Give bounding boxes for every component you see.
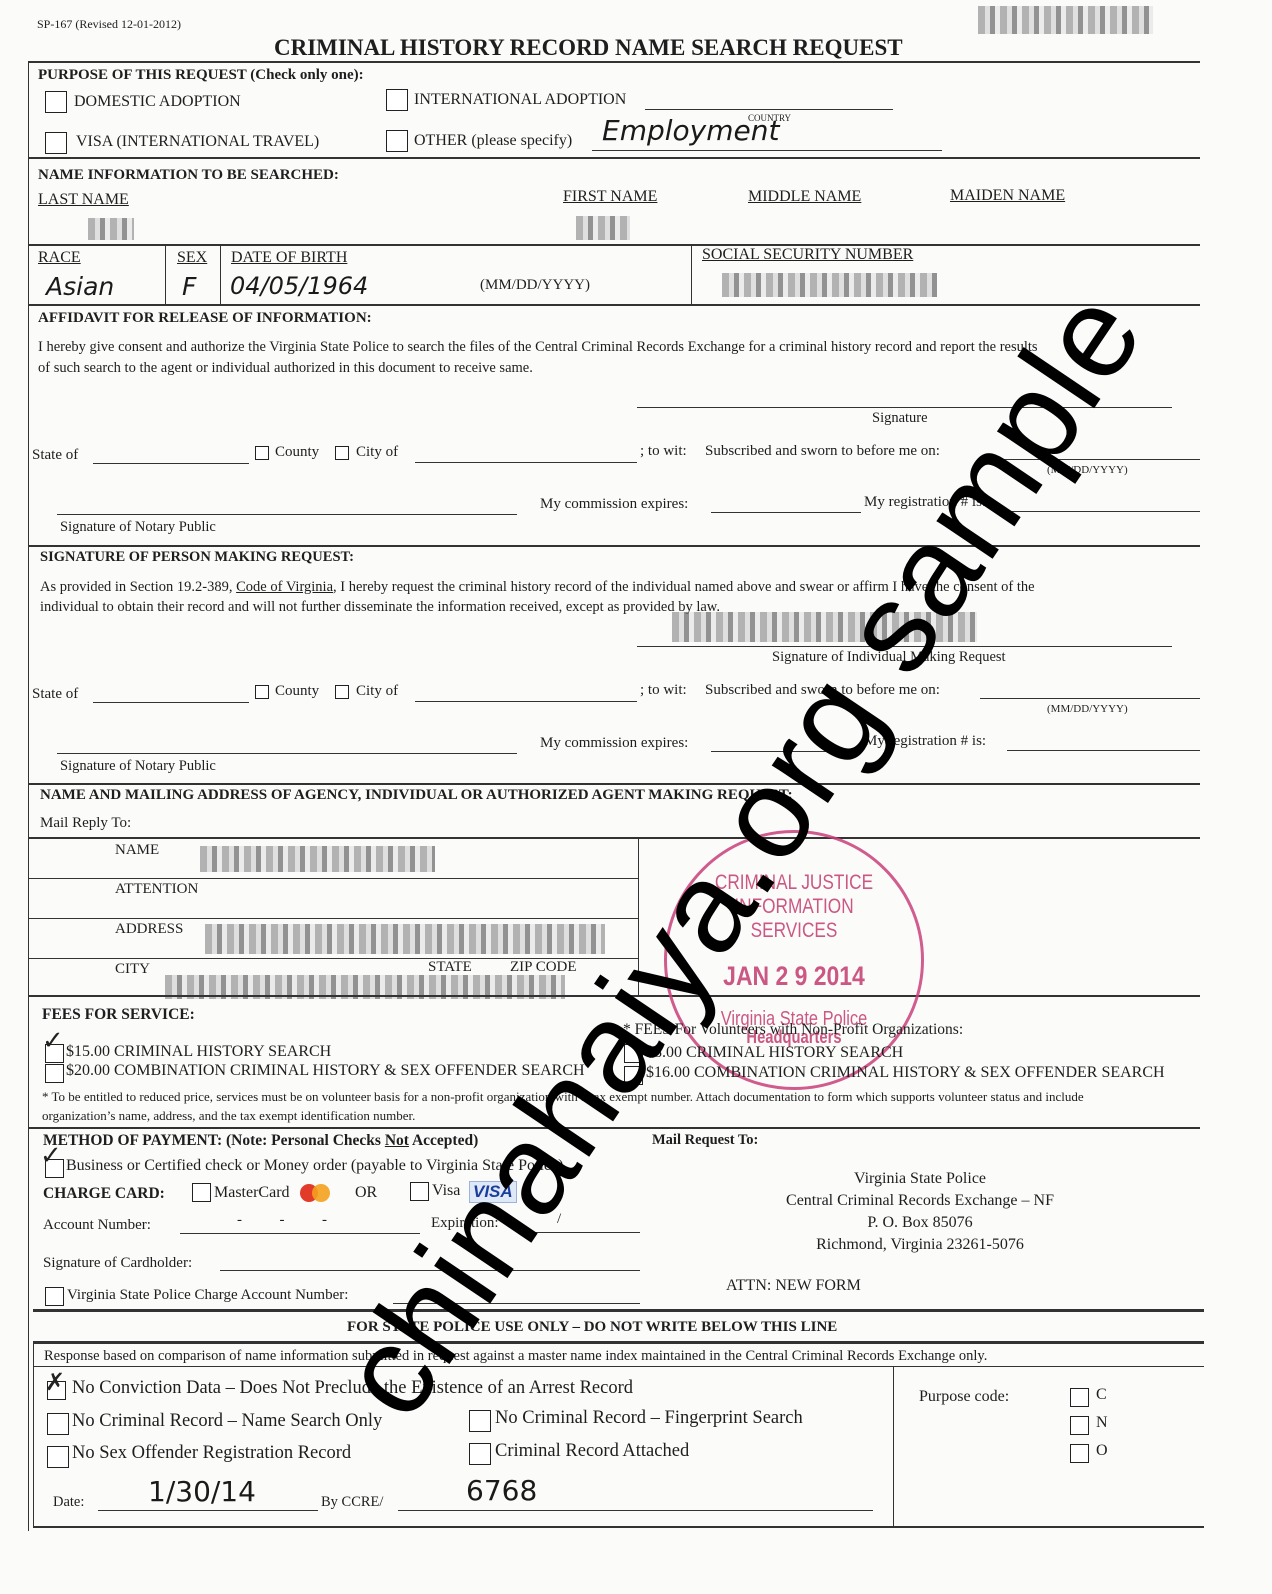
no-sex-offender-label: No Sex Offender Registration Record bbox=[72, 1443, 351, 1464]
divider bbox=[28, 837, 1200, 839]
check-mark-icon: ✓ bbox=[40, 1143, 62, 1169]
subscribed-label-2: Subscribed and sworn to before me on: bbox=[705, 682, 940, 699]
checkbox-fee-8[interactable] bbox=[624, 1044, 643, 1063]
divider bbox=[28, 1127, 1200, 1129]
account-dashes: - - - bbox=[237, 1212, 327, 1229]
other-field-line bbox=[592, 150, 942, 151]
name-info-heading: NAME INFORMATION TO BE SEARCHED: bbox=[38, 167, 339, 184]
checkbox-no-criminal-record-name[interactable] bbox=[47, 1413, 69, 1435]
checkbox-purpose-c[interactable] bbox=[1070, 1388, 1089, 1407]
requester-text-1: As provided in Section 19.2-389, Code of… bbox=[40, 579, 1035, 596]
divider bbox=[28, 918, 638, 919]
date-label: Date: bbox=[53, 1494, 84, 1511]
to-wit-label: ; to wit: bbox=[640, 443, 687, 460]
mail-name-label: NAME bbox=[115, 842, 159, 859]
visa-label: Visa bbox=[432, 1182, 460, 1200]
first-name-redacted bbox=[576, 216, 630, 240]
registration-field[interactable] bbox=[1007, 511, 1200, 512]
date-format: (MM/DD/YYYY) bbox=[1047, 464, 1128, 476]
payment-heading-not: Not bbox=[385, 1132, 409, 1149]
stamp-line-1: CRIMINAL JUSTICE bbox=[690, 871, 898, 895]
affidavit-heading: AFFIDAVIT FOR RELEASE OF INFORMATION: bbox=[38, 310, 372, 327]
state-label: STATE bbox=[428, 959, 472, 976]
state-of-field[interactable] bbox=[93, 463, 249, 464]
signature-label: Signature bbox=[872, 410, 928, 427]
divider bbox=[638, 837, 639, 995]
checkbox-city-of-2[interactable] bbox=[335, 685, 349, 699]
notary-signature-label-2: Signature of Notary Public bbox=[60, 758, 216, 775]
subscribed-date-field[interactable] bbox=[980, 459, 1200, 460]
purpose-code-c: C bbox=[1096, 1386, 1107, 1404]
checkbox-no-sex-offender[interactable] bbox=[47, 1446, 69, 1468]
label-visa: VISA (INTERNATIONAL TRAVEL) bbox=[76, 133, 319, 151]
commission-label: My commission expires: bbox=[540, 496, 688, 513]
country-field[interactable] bbox=[645, 109, 893, 110]
label-international-adoption: INTERNATIONAL ADOPTION bbox=[414, 91, 626, 109]
checkbox-city-of[interactable] bbox=[335, 446, 349, 460]
fee-8-label: $8.00 CRIMINAL HISTORY SEARCH bbox=[646, 1044, 903, 1062]
requester-text-pre: As provided in Section 19.2-389, bbox=[40, 579, 236, 595]
race-value[interactable]: Asian bbox=[46, 272, 114, 301]
city-of-label-2: City of bbox=[356, 683, 398, 700]
city-of-field[interactable] bbox=[415, 462, 637, 463]
payment-heading: METHOD OF PAYMENT: (Note: Personal Check… bbox=[43, 1132, 478, 1150]
ssn-redacted bbox=[722, 273, 937, 297]
requester-signature-label: Signature of Individual Making Request bbox=[772, 649, 1006, 666]
state-of-label-2: State of bbox=[32, 686, 78, 703]
affidavit-text-2: of such search to the agent or individua… bbox=[38, 360, 533, 377]
code-of-virginia-link: Code of Virginia bbox=[236, 579, 333, 595]
requester-signature-field[interactable] bbox=[637, 646, 1172, 647]
checkbox-international-adoption[interactable] bbox=[386, 89, 408, 111]
charge-card-label: CHARGE CARD: bbox=[43, 1185, 165, 1203]
divider bbox=[33, 1309, 1204, 1312]
checkbox-other[interactable] bbox=[386, 130, 408, 152]
registration-label: My registration # is: bbox=[864, 494, 986, 511]
last-name-label: LAST NAME bbox=[38, 191, 129, 209]
checkbox-purpose-n[interactable] bbox=[1070, 1416, 1089, 1435]
mail-request-line-1: Virginia State Police bbox=[735, 1168, 1105, 1190]
state-of-field-2[interactable] bbox=[93, 702, 249, 703]
purpose-code-o: O bbox=[1096, 1442, 1108, 1460]
fee-15-label: $15.00 CRIMINAL HISTORY SEARCH bbox=[66, 1043, 331, 1061]
divider bbox=[28, 157, 1200, 159]
ssn-label: SOCIAL SECURITY NUMBER bbox=[702, 246, 913, 264]
commission-field-2[interactable] bbox=[711, 751, 861, 752]
checkbox-fee-20[interactable] bbox=[45, 1064, 64, 1083]
mastercard-logo-icon bbox=[300, 1184, 330, 1202]
divider bbox=[33, 1341, 1204, 1344]
purpose-code-n: N bbox=[1096, 1414, 1108, 1432]
address-label: ADDRESS bbox=[115, 921, 183, 938]
checkbox-county-2[interactable] bbox=[255, 685, 269, 699]
stamp-line-2: INFORMATION SERVICES bbox=[690, 895, 898, 943]
checkbox-purpose-o[interactable] bbox=[1070, 1444, 1089, 1463]
requester-signature-redacted bbox=[672, 612, 977, 642]
mail-reply-to-label: Mail Reply To: bbox=[40, 815, 131, 832]
check-mark-icon: ✓ bbox=[42, 1028, 64, 1054]
other-value[interactable]: Employment bbox=[602, 114, 779, 147]
checkbox-county[interactable] bbox=[255, 446, 269, 460]
date-format-2: (MM/DD/YYYY) bbox=[1047, 703, 1128, 715]
mail-request-line-4: Richmond, Virginia 23261-5076 bbox=[735, 1234, 1105, 1256]
mail-name-redacted bbox=[200, 846, 435, 872]
volunteer-heading: * FEES For Volunteers with Non-Profit Or… bbox=[623, 1021, 963, 1039]
registration-field-2[interactable] bbox=[1007, 750, 1200, 751]
divider bbox=[33, 1341, 34, 1527]
affidavit-signature-field[interactable] bbox=[637, 407, 1172, 408]
county-label: County bbox=[275, 444, 319, 461]
criminal-record-attached-label: Criminal Record Attached bbox=[495, 1441, 689, 1462]
checkbox-domestic-adoption[interactable] bbox=[45, 91, 67, 113]
notary-signature-field[interactable] bbox=[57, 514, 517, 515]
fee-16-label: $16.00 COMBINATION CRIMINAL HISTORY & SE… bbox=[646, 1064, 1165, 1082]
to-wit-label-2: ; to wit: bbox=[640, 682, 687, 699]
date-value: 1/30/14 bbox=[148, 1475, 256, 1508]
or-label: OR bbox=[355, 1184, 377, 1202]
label-domestic-adoption: DOMESTIC ADOPTION bbox=[74, 93, 241, 111]
dob-value[interactable]: 04/05/1964 bbox=[230, 272, 368, 300]
notary-signature-field-2[interactable] bbox=[57, 753, 517, 754]
by-ccre-label: By CCRE/ bbox=[321, 1494, 383, 1511]
mastercard-label: MasterCard bbox=[214, 1184, 290, 1202]
divider bbox=[28, 783, 1200, 785]
date-field-line bbox=[98, 1510, 318, 1511]
mail-request-line-2: Central Criminal Records Exchange – NF bbox=[735, 1190, 1105, 1212]
expiration-label: Expiration: bbox=[431, 1215, 499, 1232]
no-conviction-data-label: No Conviction Data – Does Not Preclude t… bbox=[72, 1378, 633, 1399]
commission-label-2: My commission expires: bbox=[540, 735, 688, 752]
label-other: OTHER (please specify) bbox=[414, 132, 572, 150]
payment-heading-post: Accepted) bbox=[409, 1132, 478, 1149]
response-note: Response based on comparison of name inf… bbox=[44, 1348, 987, 1365]
divider bbox=[33, 1526, 1204, 1528]
checkbox-visa-card[interactable] bbox=[410, 1182, 429, 1201]
vsp-account-field[interactable] bbox=[393, 1303, 640, 1304]
city-of-label: City of bbox=[356, 444, 398, 461]
divider bbox=[893, 1366, 894, 1526]
checkbox-mastercard[interactable] bbox=[192, 1183, 211, 1202]
police-use-heading: FOR STATE POLICE USE ONLY – DO NOT WRITE… bbox=[347, 1319, 837, 1336]
fee-20-label: $20.00 COMBINATION CRIMINAL HISTORY & SE… bbox=[66, 1062, 585, 1080]
redacted-reference bbox=[978, 6, 1153, 34]
expiration-slash: / bbox=[557, 1211, 561, 1228]
form-border-left bbox=[28, 61, 29, 1531]
divider bbox=[28, 545, 1200, 547]
fees-note-2: organization’s name, address, and the ta… bbox=[42, 1108, 415, 1124]
fees-heading: FEES FOR SERVICE: bbox=[42, 1006, 195, 1024]
purpose-heading: PURPOSE OF THIS REQUEST (Check only one)… bbox=[38, 67, 364, 84]
no-criminal-record-fingerprint-label: No Criminal Record – Fingerprint Search bbox=[495, 1408, 803, 1429]
visa-logo-icon: VISA bbox=[469, 1181, 517, 1203]
mail-request-line-3: P. O. Box 85076 bbox=[735, 1212, 1105, 1234]
registration-label-2: My registration # is: bbox=[864, 733, 986, 750]
no-criminal-record-name-label: No Criminal Record – Name Search Only bbox=[72, 1411, 382, 1432]
cardholder-signature-label: Signature of Cardholder: bbox=[43, 1255, 192, 1272]
divider bbox=[28, 61, 1200, 63]
city-of-field-2[interactable] bbox=[415, 701, 637, 702]
cardholder-signature-field[interactable] bbox=[220, 1270, 640, 1271]
notary-signature-label: Signature of Notary Public bbox=[60, 519, 216, 536]
by-ccre-field-line bbox=[398, 1510, 873, 1511]
commission-field[interactable] bbox=[711, 512, 861, 513]
affidavit-text-1: I hereby give consent and authorize the … bbox=[38, 339, 1038, 356]
stamp-date: JAN 2 9 2014 bbox=[686, 961, 902, 992]
mailing-heading: NAME AND MAILING ADDRESS OF AGENCY, INDI… bbox=[40, 787, 793, 804]
purpose-code-label: Purpose code: bbox=[919, 1388, 1009, 1406]
mail-request-heading: Mail Request To: bbox=[652, 1132, 758, 1149]
divider bbox=[28, 244, 1200, 246]
form-title: CRIMINAL HISTORY RECORD NAME SEARCH REQU… bbox=[274, 35, 903, 61]
requester-text-post: , I hereby request the criminal history … bbox=[333, 579, 1035, 595]
checkbox-fee-16[interactable] bbox=[624, 1066, 643, 1085]
checkbox-visa[interactable] bbox=[45, 132, 67, 154]
dob-label: DATE OF BIRTH bbox=[231, 249, 347, 267]
x-mark-icon: ✗ bbox=[45, 1370, 65, 1394]
state-of-label: State of bbox=[32, 447, 78, 464]
divider bbox=[28, 304, 1200, 306]
subscribed-label: Subscribed and sworn to before me on: bbox=[705, 443, 940, 460]
divider bbox=[220, 245, 221, 305]
sex-value[interactable]: F bbox=[182, 272, 196, 301]
race-label: RACE bbox=[38, 249, 81, 267]
requester-text-2: individual to obtain their record and wi… bbox=[40, 599, 720, 616]
last-name-redacted bbox=[88, 218, 134, 240]
city-label: CITY bbox=[115, 961, 150, 978]
fees-note-1: * To be entitled to reduced price, servi… bbox=[42, 1089, 1084, 1105]
expiration-field[interactable] bbox=[523, 1232, 640, 1233]
mail-request-address: Virginia State Police Central Criminal R… bbox=[735, 1168, 1105, 1256]
payment-heading-pre: METHOD OF PAYMENT: (Note: Personal Check… bbox=[43, 1132, 385, 1149]
address-redacted bbox=[205, 924, 605, 954]
checkbox-vsp-account[interactable] bbox=[45, 1287, 64, 1306]
dob-format: (MM/DD/YYYY) bbox=[480, 277, 590, 294]
attention-label: ATTENTION bbox=[115, 881, 198, 898]
first-name-label: FIRST NAME bbox=[563, 188, 657, 206]
county-label-2: County bbox=[275, 683, 319, 700]
checkbox-criminal-record-attached[interactable] bbox=[469, 1443, 491, 1465]
form-number: SP-167 (Revised 12-01-2012) bbox=[37, 17, 181, 32]
vsp-account-label: Virginia State Police Charge Account Num… bbox=[67, 1287, 348, 1304]
zip-label: ZIP CODE bbox=[510, 959, 577, 976]
checkbox-no-criminal-record-fingerprint[interactable] bbox=[469, 1410, 491, 1432]
business-check-label: Business or Certified check or Money ord… bbox=[66, 1157, 563, 1175]
subscribed-date-field-2[interactable] bbox=[980, 698, 1200, 699]
divider bbox=[165, 245, 166, 305]
by-ccre-value: 6768 bbox=[466, 1474, 537, 1507]
divider bbox=[28, 995, 1200, 997]
requester-heading: SIGNATURE OF PERSON MAKING REQUEST: bbox=[40, 549, 354, 566]
maiden-name-label: MAIDEN NAME bbox=[950, 187, 1065, 205]
divider bbox=[33, 1366, 1204, 1367]
divider bbox=[28, 878, 638, 879]
account-number-label: Account Number: bbox=[43, 1217, 151, 1234]
middle-name-label: MIDDLE NAME bbox=[748, 188, 861, 206]
mail-request-attn: ATTN: NEW FORM bbox=[726, 1277, 861, 1295]
account-number-field[interactable] bbox=[180, 1233, 420, 1234]
divider bbox=[691, 245, 692, 305]
sex-label: SEX bbox=[177, 249, 207, 267]
